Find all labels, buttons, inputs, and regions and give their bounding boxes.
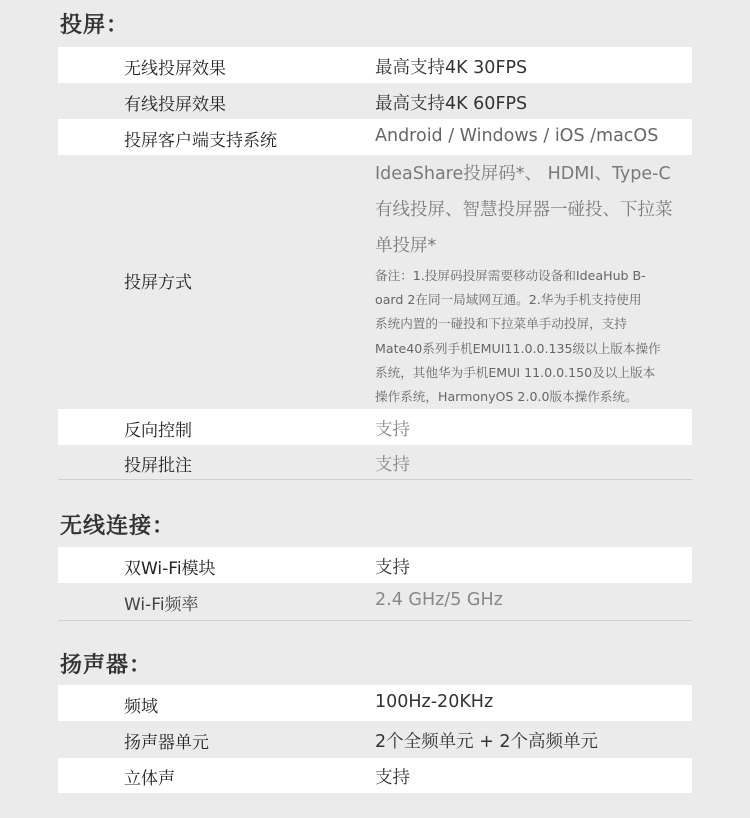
spec-row-speaker-units: 扬声器单元 2个全频单元 + 2个高频单元 <box>58 721 692 758</box>
spec-label: Wi-Fi频率 <box>124 590 199 615</box>
spec-note-line: oard 2在同一局域网互通。2.华为手机支持使用 <box>375 288 693 312</box>
spec-row-projection-annotation: 投屏批注 支持 <box>58 445 692 479</box>
spec-value: 2个全频单元 + 2个高频单元 <box>375 728 598 753</box>
section-divider <box>58 479 692 480</box>
spec-value-line: 有线投屏、智慧投屏器一碰投、下拉菜 <box>375 192 693 228</box>
spec-value-line: 单投屏* <box>375 228 693 264</box>
spec-label: 频域 <box>124 692 158 717</box>
spec-label: 无线投屏效果 <box>124 54 226 79</box>
spec-value: 最高支持4K 30FPS <box>375 54 527 79</box>
spec-value-line: IdeaShare投屏码*、 HDMI、Type-C <box>375 156 693 192</box>
spec-value: 最高支持4K 60FPS <box>375 90 527 115</box>
spec-row-wired-projection: 有线投屏效果 最高支持4K 60FPS <box>58 83 692 119</box>
spec-value: 支持 <box>375 451 410 476</box>
spec-table-speaker: 频域 100Hz-20KHz 扬声器单元 2个全频单元 + 2个高频单元 立体声… <box>58 685 692 793</box>
spec-row-wifi-frequency: Wi-Fi频率 2.4 GHz/5 GHz <box>58 583 692 620</box>
spec-value: 100Hz-20KHz <box>375 692 493 712</box>
spec-page: 投屏： 无线投屏效果 最高支持4K 30FPS 有线投屏效果 最高支持4K 60… <box>0 0 750 818</box>
spec-label: 双Wi-Fi模块 <box>124 554 216 579</box>
spec-note-line: 备注：1.投屏码投屏需要移动设备和IdeaHub B- <box>375 264 693 288</box>
spec-note-line: Mate40系列手机EMUI11.0.0.135级以上版本操作 <box>375 337 693 361</box>
section-divider <box>58 620 692 621</box>
spec-row-client-systems: 投屏客户端支持系统 Android / Windows / iOS /macOS <box>58 119 692 155</box>
spec-label: 投屏方式 <box>124 268 192 293</box>
spec-label: 立体声 <box>124 764 175 789</box>
spec-label: 投屏批注 <box>124 451 192 476</box>
spec-table-wireless: 双Wi-Fi模块 支持 Wi-Fi频率 2.4 GHz/5 GHz <box>58 547 692 622</box>
spec-value-multiline: IdeaShare投屏码*、 HDMI、Type-C 有线投屏、智慧投屏器一碰投… <box>375 156 693 409</box>
spec-row-frequency-range: 频域 100Hz-20KHz <box>58 685 692 721</box>
spec-note-line: 系统内置的一碰投和下拉菜单手动投屏，支持 <box>375 312 693 336</box>
spec-value: 支持 <box>375 554 410 579</box>
section-title-wireless: 无线连接： <box>60 509 175 540</box>
spec-table-screen-projection: 无线投屏效果 最高支持4K 30FPS 有线投屏效果 最高支持4K 60FPS … <box>58 47 692 480</box>
section-title-speaker: 扬声器： <box>60 648 152 679</box>
spec-value: 支持 <box>375 416 410 441</box>
spec-note-line: 系统，其他华为手机EMUI 11.0.0.150及以上版本 <box>375 361 693 385</box>
spec-note-line: 操作系统，HarmonyOS 2.0.0版本操作系统。 <box>375 385 693 409</box>
spec-value: 2.4 GHz/5 GHz <box>375 590 503 610</box>
spec-row-projection-methods: 投屏方式 IdeaShare投屏码*、 HDMI、Type-C 有线投屏、智慧投… <box>58 155 692 409</box>
spec-row-dual-wifi: 双Wi-Fi模块 支持 <box>58 547 692 583</box>
section-title-screen-projection: 投屏： <box>60 8 129 39</box>
spec-row-wireless-projection: 无线投屏效果 最高支持4K 30FPS <box>58 47 692 83</box>
spec-row-reverse-control: 反向控制 支持 <box>58 409 692 445</box>
spec-value: Android / Windows / iOS /macOS <box>375 126 658 146</box>
spec-label: 投屏客户端支持系统 <box>124 126 277 151</box>
spec-label: 反向控制 <box>124 416 192 441</box>
spec-label: 扬声器单元 <box>124 728 209 753</box>
spec-row-stereo: 立体声 支持 <box>58 758 692 793</box>
spec-value: 支持 <box>375 764 410 789</box>
spec-label: 有线投屏效果 <box>124 90 226 115</box>
